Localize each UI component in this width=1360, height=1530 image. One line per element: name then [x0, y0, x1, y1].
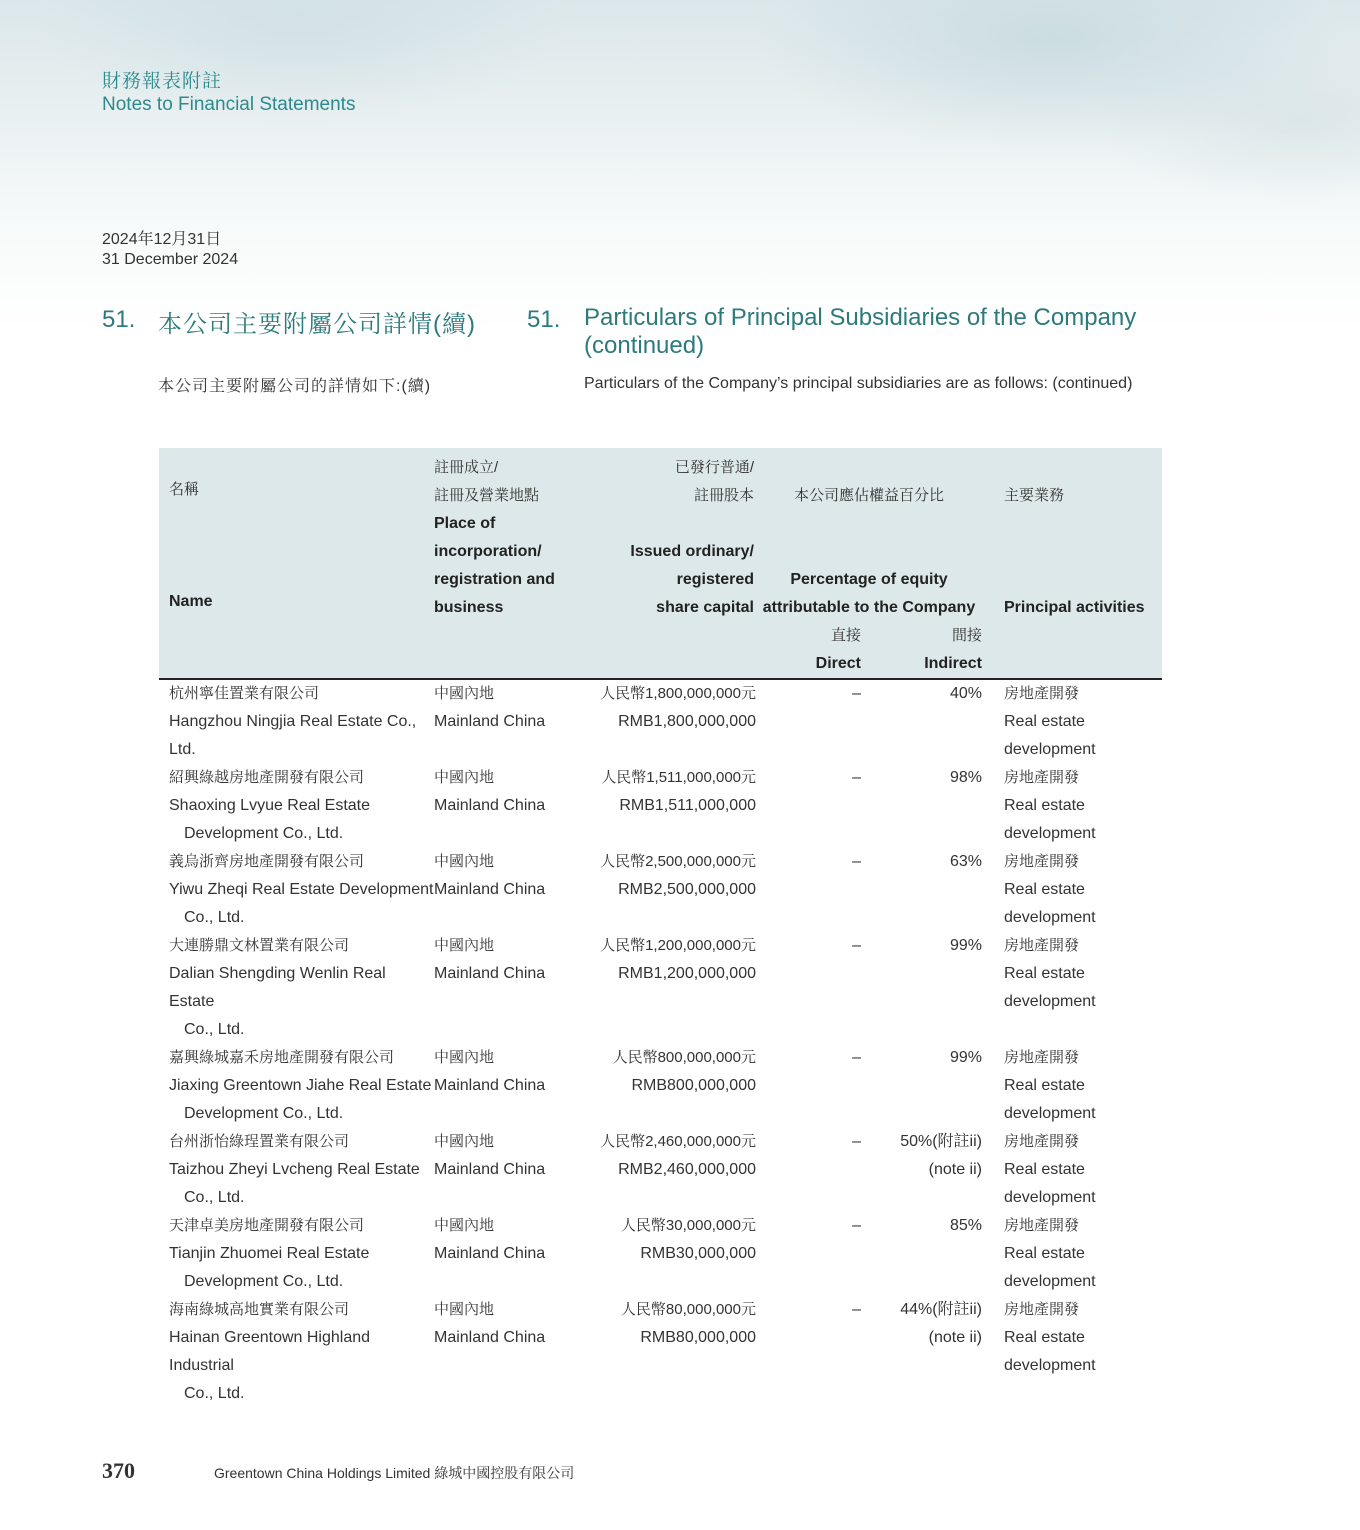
col-indirect-header: 間接 Indirect — [869, 622, 982, 679]
cell-indirect: 40% — [869, 679, 982, 764]
cell-place: 中國內地Mainland China — [434, 764, 596, 848]
cell-direct: – — [756, 1296, 869, 1408]
cell-activity: 房地產開發Real estate development — [982, 848, 1162, 932]
subsidiaries-table: 名稱 Name 註冊成立/ 註冊及營業地點 Place of incorpora… — [159, 448, 1162, 1408]
cell-direct: – — [756, 848, 869, 932]
cell-capital: 人民幣1,511,000,000元RMB1,511,000,000 — [596, 764, 756, 848]
cell-indirect: 63% — [869, 848, 982, 932]
table-row: 大連勝鼎文林置業有限公司Dalian Shengding Wenlin Real… — [159, 932, 1162, 1044]
col-capital-header: 已發行普通/ 註冊股本 Issued ordinary/ registered … — [596, 448, 756, 622]
cell-name: 台州浙怡綠珵置業有限公司Taizhou Zheyi Lvcheng Real E… — [159, 1128, 434, 1212]
cell-activity: 房地產開發Real estate development — [982, 764, 1162, 848]
cell-indirect: 99% — [869, 1044, 982, 1128]
running-header-cn: 財務報表附註 — [102, 66, 222, 93]
cell-place: 中國內地Mainland China — [434, 1212, 596, 1296]
cell-direct: – — [756, 932, 869, 1044]
section-intro-en: Particulars of the Company’s principal s… — [584, 370, 1164, 398]
table-row: 海南綠城高地實業有限公司Hainan Greentown Highland In… — [159, 1296, 1162, 1408]
cell-capital: 人民幣1,800,000,000元RMB1,800,000,000 — [596, 679, 756, 764]
cell-place: 中國內地Mainland China — [434, 1128, 596, 1212]
cell-name: 義烏浙齊房地產開發有限公司Yiwu Zheqi Real Estate Deve… — [159, 848, 434, 932]
running-header-en: Notes to Financial Statements — [102, 94, 355, 116]
cell-activity: 房地產開發Real estate development — [982, 679, 1162, 764]
cell-activity: 房地產開發Real estate development — [982, 1044, 1162, 1128]
page-number: 370 — [102, 1458, 135, 1484]
cell-name: 嘉興綠城嘉禾房地產開發有限公司Jiaxing Greentown Jiahe R… — [159, 1044, 434, 1128]
cell-capital: 人民幣1,200,000,000元RMB1,200,000,000 — [596, 932, 756, 1044]
table-row: 台州浙怡綠珵置業有限公司Taizhou Zheyi Lvcheng Real E… — [159, 1128, 1162, 1212]
cell-direct: – — [756, 1128, 869, 1212]
col-equity-header: 本公司應佔權益百分比 Percentage of equity attribut… — [756, 448, 982, 622]
cell-activity: 房地產開發Real estate development — [982, 1296, 1162, 1408]
section-intro-cn: 本公司主要附屬公司的詳情如下:(續) — [158, 373, 431, 396]
table-header-row: 名稱 Name 註冊成立/ 註冊及營業地點 Place of incorpora… — [159, 448, 1162, 622]
col-place-header: 註冊成立/ 註冊及營業地點 Place of incorporation/ re… — [434, 448, 596, 622]
cell-indirect: 85% — [869, 1212, 982, 1296]
table-row: 紹興綠越房地產開發有限公司Shaoxing Lvyue Real EstateD… — [159, 764, 1162, 848]
cell-name: 天津卓美房地產開發有限公司Tianjin Zhuomei Real Estate… — [159, 1212, 434, 1296]
cell-activity: 房地產開發Real estate development — [982, 1128, 1162, 1212]
table-row: 嘉興綠城嘉禾房地產開發有限公司Jiaxing Greentown Jiahe R… — [159, 1044, 1162, 1128]
date-en: 31 December 2024 — [102, 251, 238, 269]
cell-indirect: 44%(附註ii)(note ii) — [869, 1296, 982, 1408]
section-title-cn: 本公司主要附屬公司詳情(續) — [158, 304, 476, 339]
section-title-en: Particulars of Principal Subsidiaries of… — [584, 304, 1174, 360]
cell-capital: 人民幣800,000,000元RMB800,000,000 — [596, 1044, 756, 1128]
cell-direct: – — [756, 679, 869, 764]
section-number-cn: 51. — [102, 306, 135, 334]
cell-name: 海南綠城高地實業有限公司Hainan Greentown Highland In… — [159, 1296, 434, 1408]
table-row: 杭州寧佳置業有限公司Hangzhou Ningjia Real Estate C… — [159, 679, 1162, 764]
cell-place: 中國內地Mainland China — [434, 932, 596, 1044]
cell-name: 杭州寧佳置業有限公司Hangzhou Ningjia Real Estate C… — [159, 679, 434, 764]
col-activities-header: 主要業務 Principal activities — [982, 448, 1162, 622]
table-row: 天津卓美房地產開發有限公司Tianjin Zhuomei Real Estate… — [159, 1212, 1162, 1296]
cell-activity: 房地產開發Real estate development — [982, 1212, 1162, 1296]
cell-direct: – — [756, 1212, 869, 1296]
date-cn: 2024年12月31日 — [102, 226, 221, 249]
cell-indirect: 99% — [869, 932, 982, 1044]
cell-place: 中國內地Mainland China — [434, 679, 596, 764]
col-direct-header: 直接 Direct — [756, 622, 869, 679]
cell-name: 大連勝鼎文林置業有限公司Dalian Shengding Wenlin Real… — [159, 932, 434, 1044]
table-subheader-row: 直接 Direct 間接 Indirect — [159, 622, 1162, 679]
section-number-en: 51. — [527, 306, 560, 334]
cell-place: 中國內地Mainland China — [434, 1044, 596, 1128]
col-name-header: 名稱 Name — [159, 448, 434, 622]
cell-capital: 人民幣30,000,000元RMB30,000,000 — [596, 1212, 756, 1296]
cell-place: 中國內地Mainland China — [434, 848, 596, 932]
cell-place: 中國內地Mainland China — [434, 1296, 596, 1408]
cell-direct: – — [756, 1044, 869, 1128]
cell-name: 紹興綠越房地產開發有限公司Shaoxing Lvyue Real EstateD… — [159, 764, 434, 848]
cell-direct: – — [756, 764, 869, 848]
cell-activity: 房地產開發Real estate development — [982, 932, 1162, 1044]
table-row: 義烏浙齊房地產開發有限公司Yiwu Zheqi Real Estate Deve… — [159, 848, 1162, 932]
header-background — [0, 0, 1360, 330]
cell-indirect: 50%(附註ii)(note ii) — [869, 1128, 982, 1212]
footer-company-name: Greentown China Holdings Limited 綠城中國控股有… — [214, 1463, 574, 1483]
cell-capital: 人民幣80,000,000元RMB80,000,000 — [596, 1296, 756, 1408]
cell-indirect: 98% — [869, 764, 982, 848]
cell-capital: 人民幣2,460,000,000元RMB2,460,000,000 — [596, 1128, 756, 1212]
cell-capital: 人民幣2,500,000,000元RMB2,500,000,000 — [596, 848, 756, 932]
